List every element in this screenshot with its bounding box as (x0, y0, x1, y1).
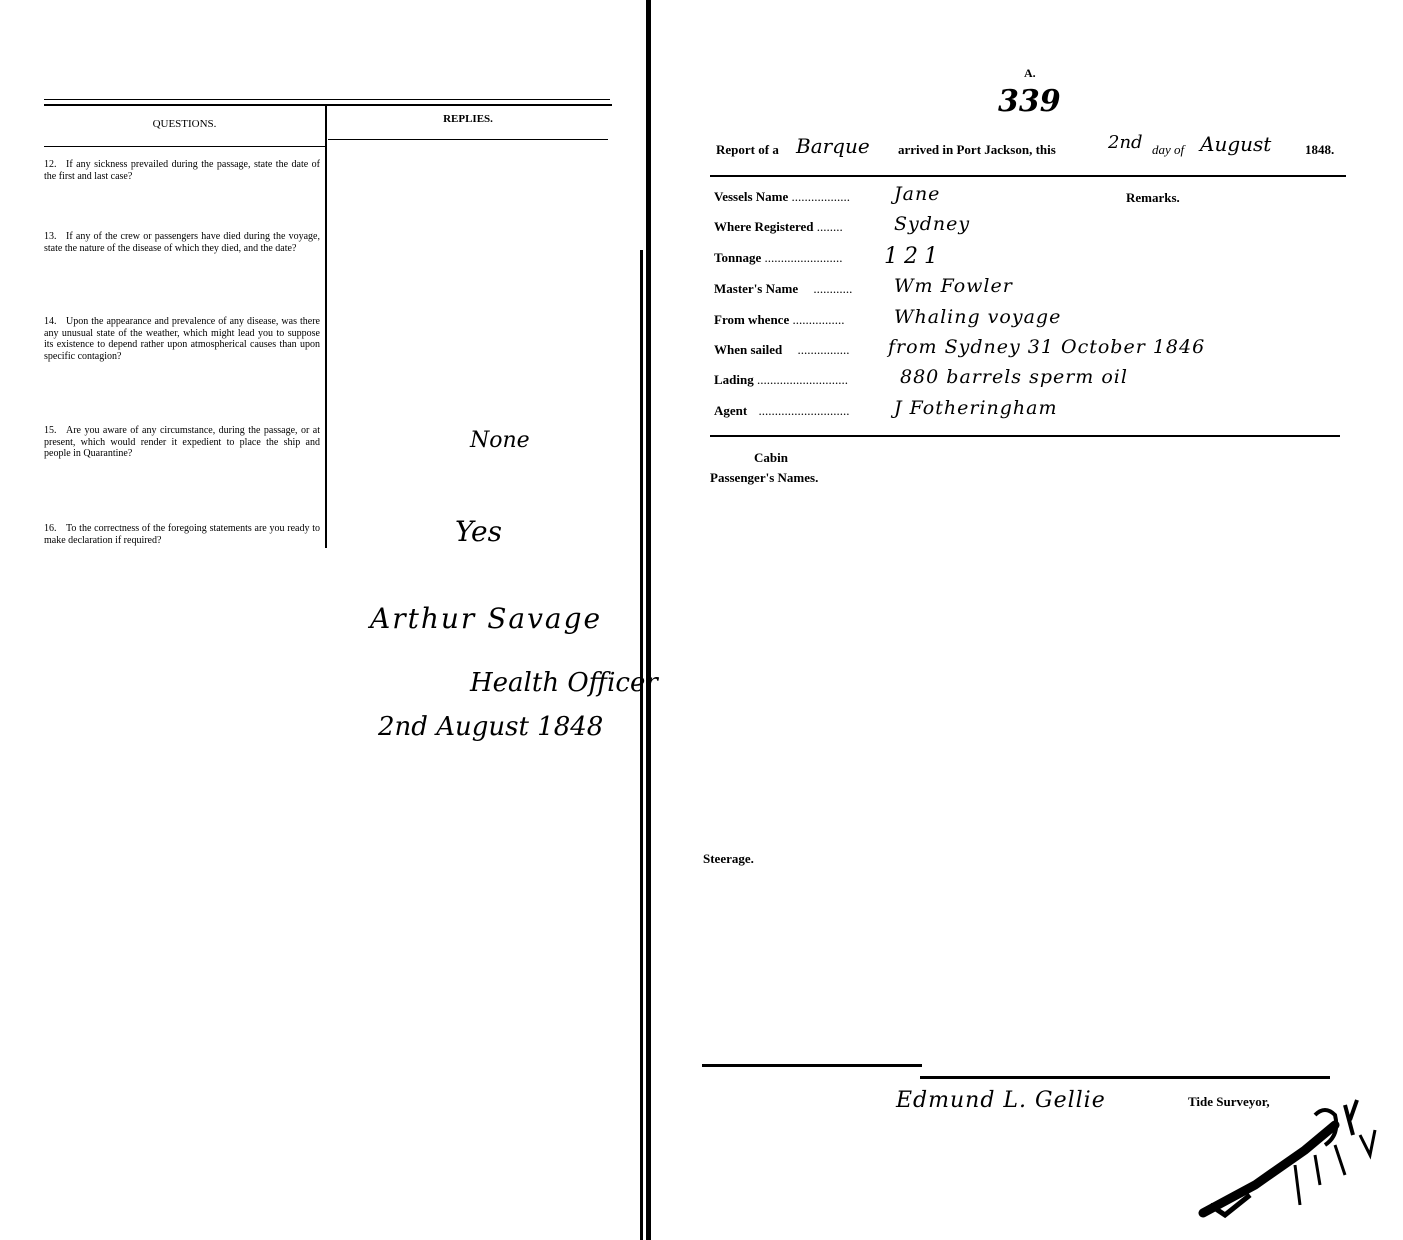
question-number: 15. (44, 425, 66, 437)
field-from-whence: From whence ................ Whaling voy… (714, 312, 844, 334)
field-agent: Agent ............................ J Fot… (714, 403, 849, 425)
fields-underline (710, 435, 1340, 437)
registered-value: Sydney (894, 213, 970, 235)
passengers-label: Passenger's Names. (710, 470, 818, 486)
question-number: 14. (44, 316, 66, 328)
questions-header: QUESTIONS. (44, 118, 325, 130)
cabin-label: Cabin (754, 450, 788, 466)
tonnage-value: 121 (884, 244, 944, 269)
arrival-month: August (1200, 132, 1271, 156)
gutter-edge (640, 250, 643, 1240)
question-number: 12. (44, 159, 66, 171)
field-vessels-name: Vessels Name .................. Jane (714, 189, 850, 211)
master-name-value: Wm Fowler (894, 275, 1013, 297)
question-text: Are you aware of any circumstance, durin… (44, 425, 320, 459)
report-underline (710, 175, 1346, 177)
form-letter: A. (1024, 66, 1036, 81)
form-number: 339 (998, 84, 1061, 119)
when-sailed-value: from Sydney 31 October 1846 (888, 336, 1205, 358)
question-16: 16.To the correctness of the foregoing s… (44, 523, 320, 546)
surveyor-signature: Edmund L. Gellie (896, 1088, 1106, 1113)
field-when-sailed: When sailed ................ from Sydney… (714, 342, 850, 364)
report-prefix: Report of a (716, 142, 779, 158)
arrival-year: 1848. (1305, 142, 1334, 158)
field-tonnage: Tonnage ........................ 121 (714, 250, 842, 272)
replies-header: REPLIES. (328, 113, 608, 125)
health-officer-title: Health Officer (470, 668, 658, 698)
from-whence-value: Whaling voyage (894, 306, 1061, 328)
ink-stamp-icon (1195, 1095, 1385, 1225)
bottom-rule-right (920, 1076, 1330, 1079)
report-line: Report of a Barque arrived in Port Jacks… (716, 140, 1356, 166)
remarks-label: Remarks. (1126, 190, 1180, 206)
question-number: 16. (44, 523, 66, 535)
reply-16: Yes (455, 515, 502, 548)
vessel-name-value: Jane (894, 183, 940, 205)
header-underline-questions (44, 146, 325, 147)
top-double-rule (44, 99, 610, 100)
health-officer-signature: Arthur Savage (370, 602, 602, 635)
question-text: If any of the crew or passengers have di… (44, 231, 320, 254)
top-thick-rule (44, 104, 612, 106)
question-text: To the correctness of the foregoing stat… (44, 523, 320, 546)
report-day-of: day of (1152, 142, 1184, 158)
field-lading: Lading ............................ 880 … (714, 372, 848, 394)
lading-value: 880 barrels sperm oil (900, 366, 1128, 388)
question-14: 14.Upon the appearance and prevalence of… (44, 316, 320, 362)
vessel-type: Barque (796, 134, 870, 158)
signature-date: 2nd August 1848 (378, 712, 603, 742)
report-middle: arrived in Port Jackson, this (898, 142, 1056, 158)
question-text: If any sickness prevailed during the pas… (44, 159, 320, 182)
question-12: 12.If any sickness prevailed during the … (44, 159, 320, 182)
question-13: 13.If any of the crew or passengers have… (44, 231, 320, 254)
arrival-day: 2nd (1108, 132, 1143, 153)
question-number: 13. (44, 231, 66, 243)
page-gutter (646, 0, 651, 1240)
bottom-rule-left (702, 1064, 922, 1067)
question-15: 15.Are you aware of any circumstance, du… (44, 425, 320, 460)
agent-value: J Fotheringham (894, 397, 1058, 419)
header-underline-replies (328, 139, 608, 140)
field-where-registered: Where Registered ........ Sydney (714, 219, 843, 241)
field-masters-name: Master's Name ............ Wm Fowler (714, 281, 852, 303)
reply-15: None (470, 428, 530, 453)
steerage-label: Steerage. (703, 851, 754, 867)
question-text: Upon the appearance and prevalence of an… (44, 316, 320, 362)
column-divider (325, 104, 327, 548)
